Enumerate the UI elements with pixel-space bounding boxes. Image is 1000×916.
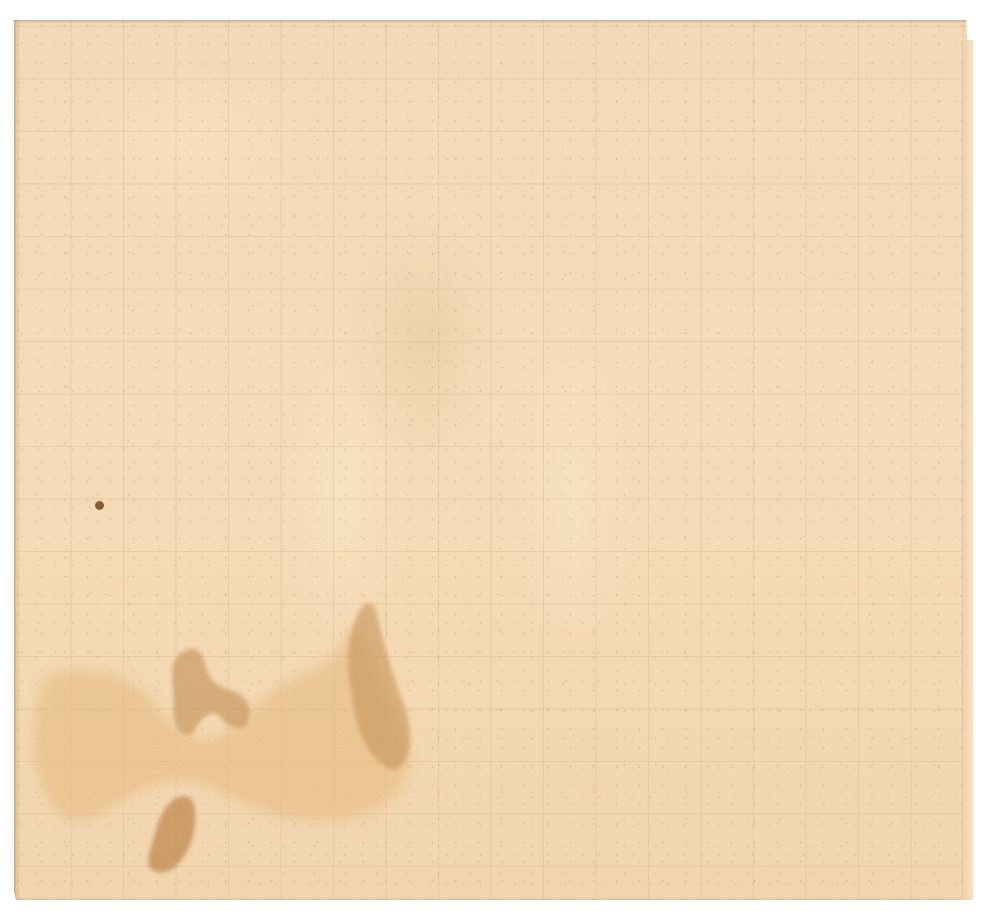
ink-spot bbox=[95, 501, 104, 510]
grid-paper-sheet bbox=[14, 20, 970, 900]
paper-edge-fold bbox=[962, 40, 973, 900]
small-lower-stain bbox=[148, 796, 195, 872]
stains bbox=[14, 20, 970, 900]
l-shaped-stain bbox=[172, 649, 250, 735]
